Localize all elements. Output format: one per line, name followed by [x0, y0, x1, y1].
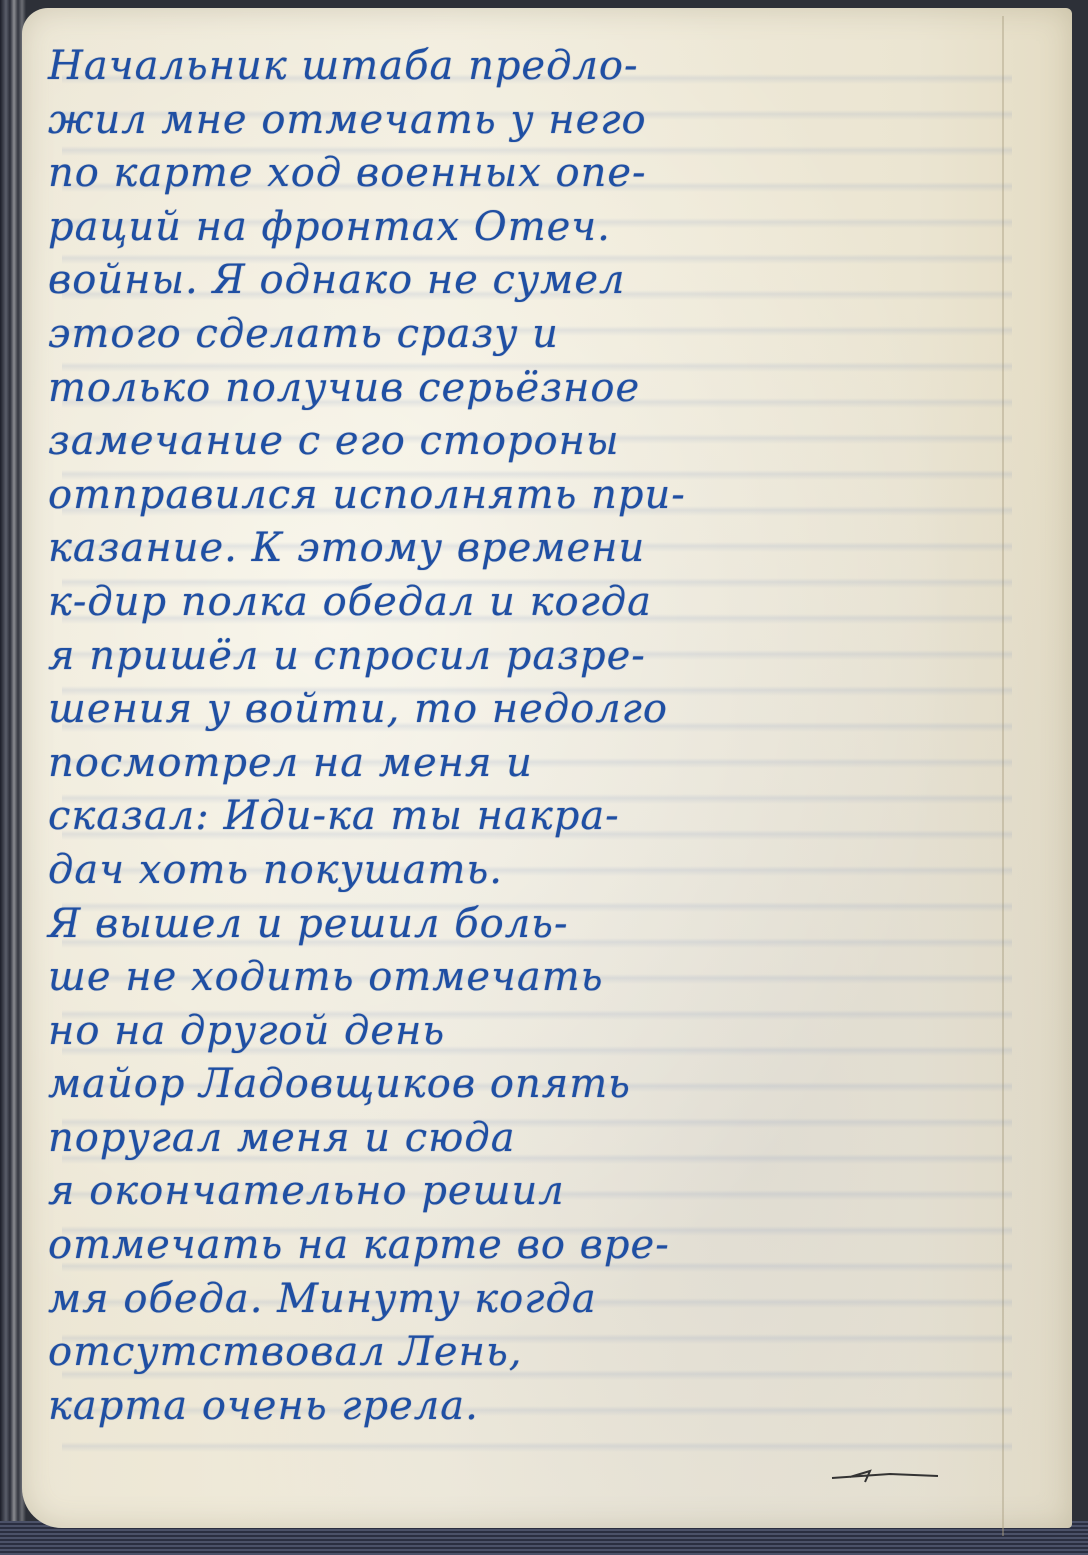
text-line: казание. К этому времени	[48, 522, 1038, 576]
text-line: я пришёл и спросил разре-	[48, 630, 1038, 684]
text-line: ше не ходить отмечать	[48, 951, 1038, 1005]
text-line: отмечать на карте во вре-	[48, 1219, 1038, 1273]
text-line: этого сделать сразу и	[48, 308, 1038, 362]
text-line: к-дир полка обедал и когда	[48, 576, 1038, 630]
text-line: Я вышел и решил боль-	[48, 898, 1038, 952]
text-line: но на другой день	[48, 1005, 1038, 1059]
text-line: раций на фронтах Отеч.	[48, 201, 1038, 255]
text-line: посмотрел на меня и	[48, 737, 1038, 791]
text-line: отсутствовал Лень,	[48, 1326, 1038, 1380]
text-line: отправился исполнять при-	[48, 469, 1038, 523]
text-line: я окончательно решил	[48, 1165, 1038, 1219]
handwritten-text: Начальник штаба предло- жил мне отмечать…	[48, 40, 1038, 1433]
text-line: поругал меня и сюда	[48, 1112, 1038, 1166]
text-line: Начальник штаба предло-	[48, 40, 1038, 94]
text-line: майор Ладовщиков опять	[48, 1058, 1038, 1112]
text-line: войны. Я однако не сумел	[48, 254, 1038, 308]
text-line: карта очень грела.	[48, 1380, 1038, 1434]
pencil-mark-icon	[830, 1468, 940, 1484]
text-line: шения у войти, то недолго	[48, 683, 1038, 737]
text-line: жил мне отмечать у него	[48, 94, 1038, 148]
text-line: мя обеда. Минуту когда	[48, 1273, 1038, 1327]
text-line: дач хоть покушать.	[48, 844, 1038, 898]
text-line: замечание с его стороны	[48, 415, 1038, 469]
text-line: сказал: Иди-ка ты накра-	[48, 790, 1038, 844]
text-line: только получив серьёзное	[48, 362, 1038, 416]
text-line: по карте ход военных опе-	[48, 147, 1038, 201]
